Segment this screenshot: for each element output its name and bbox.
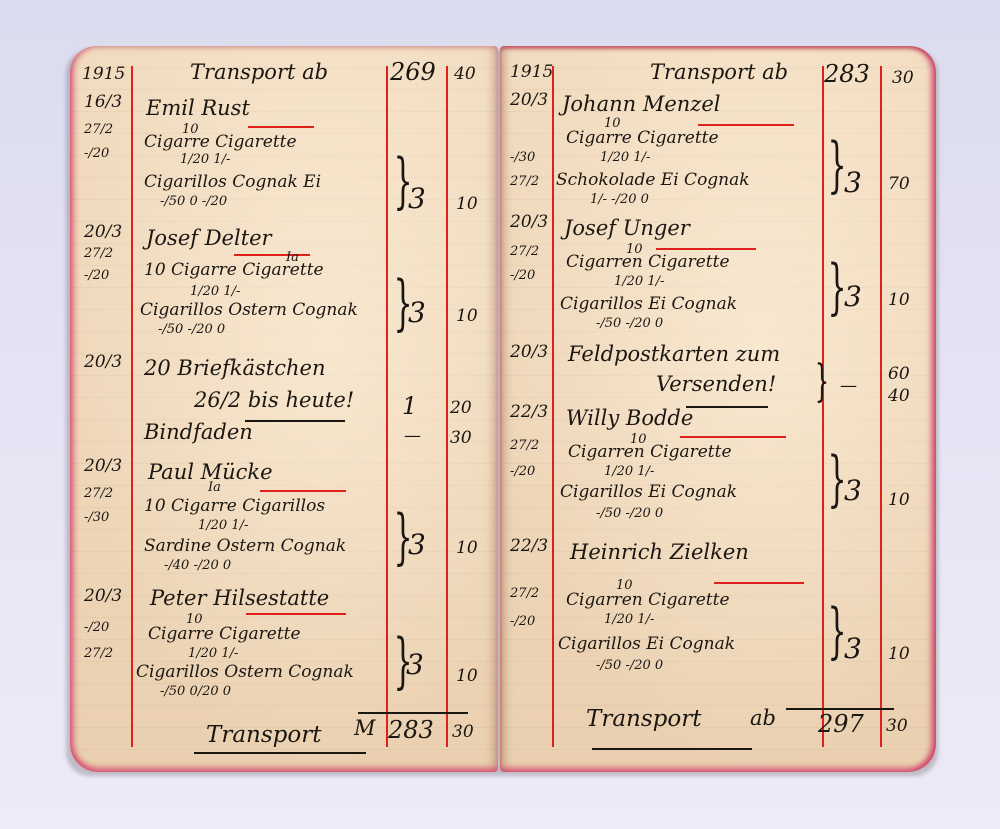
items-line: Cigarre Cigarette xyxy=(148,624,301,644)
items-line: Cigarren Cigarette xyxy=(566,590,730,610)
name-underline xyxy=(714,582,804,584)
entry-date: 20/3 xyxy=(84,352,122,372)
prices-line: 1/20 1/- xyxy=(190,284,240,299)
prices-line: 1/20 1/- xyxy=(614,274,664,289)
entry-pfennig: 10 xyxy=(888,490,910,510)
items-line: Cigarillos Ei Cognak xyxy=(560,294,737,314)
year: 1915 xyxy=(510,62,553,82)
separator-line xyxy=(245,420,345,422)
items-line: 10 Cigarre Cigarette xyxy=(144,260,324,280)
page-total-label: Transport xyxy=(206,722,321,748)
items-line: Cigarillos Cognak Ei xyxy=(144,172,321,192)
entry-pfennig: 10 xyxy=(888,644,910,664)
entry-note: 27/2 xyxy=(84,646,113,661)
entry-pfennig: 30 xyxy=(450,428,472,448)
items-line: Cigarren Cigarette xyxy=(568,442,732,462)
left-page: 1915 Transport ab 269 40 16/3 27/2 -/20 … xyxy=(70,46,498,772)
entry-pfennig: 10 xyxy=(456,194,478,214)
page-total-pfennig: 30 xyxy=(452,722,474,742)
prices-line: -/50 -/20 0 xyxy=(596,658,663,673)
entry-marks: 3 xyxy=(408,296,426,329)
entry-date: 20/3 xyxy=(84,586,122,606)
entry-note: -/20 xyxy=(84,620,109,635)
entry-pfennig: 10 xyxy=(456,538,478,558)
name-underline xyxy=(698,124,794,126)
items-line: Schokolade Ei Cognak xyxy=(556,170,750,190)
items-line: 10 Cigarre Cigarillos xyxy=(144,496,325,516)
page-total-pfennig: 30 xyxy=(886,716,908,736)
entry-note: -/20 xyxy=(510,614,535,629)
items-line: Cigarillos Ei Cognak xyxy=(560,482,737,502)
customer-name: Josef Delter xyxy=(146,226,272,250)
entry-note: -/30 xyxy=(84,510,109,525)
entry-marks: 3 xyxy=(406,648,424,681)
entry-pfennig: 10 xyxy=(456,306,478,326)
entry-marks: 3 xyxy=(844,166,862,199)
entry-note: 27/2 xyxy=(510,174,539,189)
right-page: 1915 Transport ab 283 30 20/3 -/30 27/2 … xyxy=(500,46,936,772)
marks-column-rule xyxy=(386,66,388,747)
items-line: Cigarillos Ostern Cognak xyxy=(136,662,354,682)
carry-forward-marks: 283 xyxy=(824,60,870,88)
name-underline xyxy=(248,126,314,128)
item-description: 20 Briefkästchen xyxy=(144,356,325,380)
entry-date: 20/3 xyxy=(510,342,548,362)
entry-note: 27/2 xyxy=(510,244,539,259)
entry-note: 27/2 xyxy=(510,438,539,453)
entry-date: 16/3 xyxy=(84,92,122,112)
total-label-underline xyxy=(194,752,366,754)
entry-date: 20/3 xyxy=(510,212,548,232)
prices-line: 1/20 1/- xyxy=(604,612,654,627)
prices-line: 1/20 1/- xyxy=(188,646,238,661)
carry-forward-pfennig: 40 xyxy=(454,64,476,84)
items-line: Cigarre Cigarette xyxy=(566,128,719,148)
entry-pfennig-secondary: 40 xyxy=(888,386,910,406)
items-line: Cigarillos Ei Cognak xyxy=(558,634,735,654)
entry-note: -/30 xyxy=(510,150,535,165)
entry-date: 22/3 xyxy=(510,536,548,556)
entry-note: 27/2 xyxy=(84,122,113,137)
page-total-abbr: M xyxy=(354,716,376,740)
page-total-abbr: ab xyxy=(750,706,776,730)
items-line: Sardine Ostern Cognak xyxy=(144,536,346,556)
entry-note: 27/2 xyxy=(84,486,113,501)
margin-rule xyxy=(552,66,554,747)
carry-forward-pfennig: 30 xyxy=(892,68,914,88)
prices-line: 1/- -/20 0 xyxy=(590,192,649,207)
page-total-marks: 297 xyxy=(818,710,864,738)
entry-marks: 3 xyxy=(844,474,862,507)
name-underline xyxy=(680,436,786,438)
entry-pfennig: 10 xyxy=(456,666,478,686)
prices-line: 1/20 1/- xyxy=(604,464,654,479)
entry-marks: 3 xyxy=(408,182,426,215)
entry-marks: 3 xyxy=(844,280,862,313)
entry-date: 20/3 xyxy=(84,222,122,242)
entry-note: -/20 xyxy=(510,268,535,283)
carry-forward-label: Transport ab xyxy=(190,60,328,84)
page-total-marks: 283 xyxy=(388,716,434,744)
entry-marks: — xyxy=(840,376,857,396)
customer-name: Emil Rust xyxy=(146,96,250,120)
pfennig-column-rule xyxy=(880,66,882,747)
entry-pfennig: 20 xyxy=(450,398,472,418)
brace: } xyxy=(815,356,829,407)
item-description: Versenden! xyxy=(656,372,776,396)
margin-rule xyxy=(131,66,133,747)
prices-line: 1/20 1/- xyxy=(600,150,650,165)
items-line: Cigarren Cigarette xyxy=(566,252,730,272)
entry-date: 20/3 xyxy=(510,90,548,110)
total-rule xyxy=(358,712,468,714)
carry-forward-marks: 269 xyxy=(390,58,436,86)
entry-pfennig: 10 xyxy=(888,290,910,310)
customer-name: Johann Menzel xyxy=(562,92,721,116)
item-description: Bindfaden xyxy=(144,420,253,444)
entry-note: 27/2 xyxy=(510,586,539,601)
customer-name: Peter Hilsestatte xyxy=(150,586,329,610)
prices-line: -/50 -/20 0 xyxy=(596,506,663,521)
prices-line: -/50 0/20 0 xyxy=(160,684,231,699)
prices-line: 1/20 1/- xyxy=(180,152,230,167)
year: 1915 xyxy=(82,64,125,84)
prices-line: -/50 -/20 0 xyxy=(596,316,663,331)
items-line: Cigarre Cigarette xyxy=(144,132,297,152)
item-description: Feldpostkarten zum xyxy=(568,342,780,366)
entry-note: -/20 xyxy=(510,464,535,479)
item-description: 26/2 bis heute! xyxy=(194,388,354,412)
entry-note: -/20 xyxy=(84,268,109,283)
total-label-underline xyxy=(592,748,752,750)
separator-line xyxy=(686,406,768,408)
pfennig-column-rule xyxy=(446,66,448,747)
entry-marks: — xyxy=(404,426,421,446)
entry-date: 20/3 xyxy=(84,456,122,476)
page-total-label: Transport xyxy=(586,706,701,732)
prices-line: 1/20 1/- xyxy=(198,518,248,533)
prices-line: -/50 -/20 0 xyxy=(158,322,225,337)
carry-forward-label: Transport ab xyxy=(650,60,788,84)
entry-date: 22/3 xyxy=(510,402,548,422)
entry-marks: 1 xyxy=(402,392,417,420)
entry-pfennig: 60 xyxy=(888,364,910,384)
entry-marks: 3 xyxy=(408,528,426,561)
prices-line: -/40 -/20 0 xyxy=(164,558,231,573)
entry-note: 27/2 xyxy=(84,246,113,261)
name-underline xyxy=(260,490,346,492)
items-line: Cigarillos Ostern Cognak xyxy=(140,300,358,320)
quantity-mark: Ia xyxy=(208,480,221,495)
name-underline xyxy=(656,248,756,250)
name-underline xyxy=(246,613,346,615)
prices-line: -/50 0 -/20 xyxy=(160,194,227,209)
customer-name: Josef Unger xyxy=(564,216,690,240)
customer-name: Willy Bodde xyxy=(566,406,693,430)
entry-marks: 3 xyxy=(844,632,862,665)
entry-pfennig: 70 xyxy=(888,174,910,194)
entry-note: -/20 xyxy=(84,146,109,161)
customer-name: Heinrich Zielken xyxy=(570,540,749,564)
